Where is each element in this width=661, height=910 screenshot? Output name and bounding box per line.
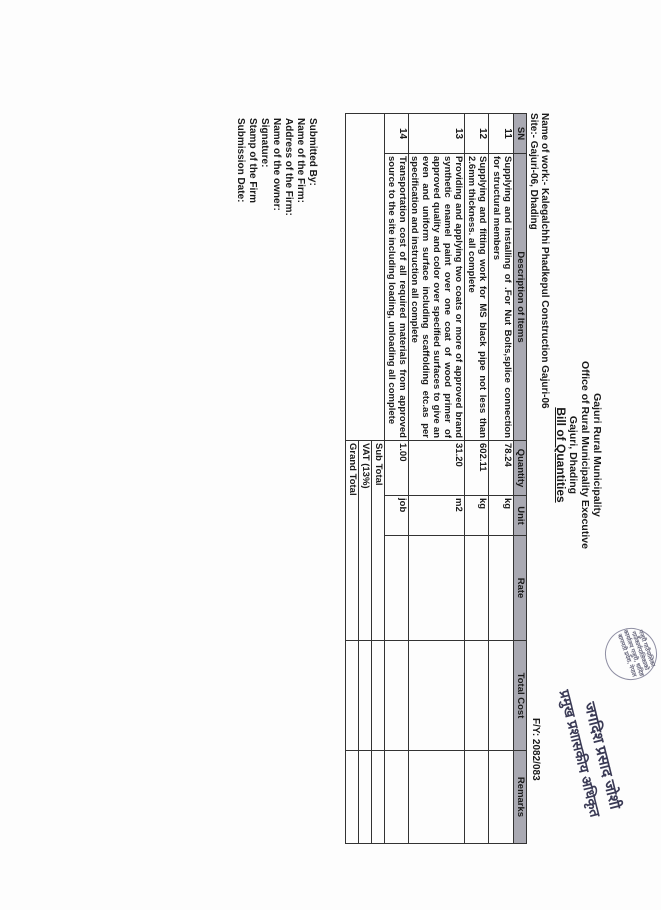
- table-row: 11 Supplying and installing of .For Nut …: [489, 114, 514, 844]
- cell-description: Supplying and installing of .For Nut Bol…: [489, 154, 514, 441]
- cell-sn: 12: [465, 114, 489, 154]
- cell-remarks[interactable]: [409, 751, 465, 844]
- subtotal-row: Sub Total: [372, 114, 385, 844]
- cell-remarks[interactable]: [489, 751, 514, 844]
- col-header-sn: SN: [514, 114, 527, 154]
- site: Site:- Gajuri-06, Dhading: [528, 113, 539, 230]
- summary-blank-cell: [346, 114, 385, 441]
- document-title: Bill of Quantities: [555, 0, 567, 910]
- cell-quantity: 78.24: [489, 441, 514, 496]
- cell-description: Supplying and fitting work for MS black …: [465, 154, 489, 441]
- cell-rate[interactable]: [385, 536, 409, 641]
- cell-quantity: 1.00: [385, 441, 409, 496]
- cell-quantity: 602.11: [465, 441, 489, 496]
- firm-name-label: Name of the Firm:: [294, 118, 306, 216]
- cell-total-cost[interactable]: [465, 641, 489, 751]
- cell-sn: 11: [489, 114, 514, 154]
- submission-date-label: Submission Date:: [234, 118, 246, 216]
- table-row: 13 Providing and applying two coats or m…: [409, 114, 465, 844]
- grand-total-value[interactable]: [346, 641, 359, 751]
- name-of-work: Name of work:- Kalegalchhi Phadkepul Con…: [539, 113, 550, 409]
- owner-name-label: Name of the owner:: [270, 118, 282, 216]
- table-row: 14 Transportation cost of all required m…: [385, 114, 409, 844]
- cell-total-cost[interactable]: [385, 641, 409, 751]
- fiscal-year: F/Y: 2082/083: [530, 718, 541, 781]
- table-row: 12 Supplying and fitting work for MS bla…: [465, 114, 489, 844]
- col-header-quantity: Quantity: [514, 441, 527, 496]
- bill-of-quantities-table: SN Description of Items Quantity Unit Ra…: [345, 113, 527, 844]
- subtotal-value[interactable]: [372, 641, 385, 751]
- col-header-rate: Rate: [514, 536, 527, 641]
- grand-total-remarks: [346, 751, 359, 844]
- cell-rate[interactable]: [489, 536, 514, 641]
- vat-remarks: [359, 751, 372, 844]
- cell-description: Transportation cost of all required mate…: [385, 154, 409, 441]
- cell-unit: kg: [489, 496, 514, 536]
- vat-label: VAT (13%): [359, 441, 372, 641]
- cell-unit: m2: [409, 496, 465, 536]
- submitted-by-label: Submitted By:: [306, 118, 318, 216]
- table-header-row: SN Description of Items Quantity Unit Ra…: [514, 114, 527, 844]
- document-page: Gajuri Rural Municipality Office of Rura…: [0, 0, 661, 910]
- signature-label: Signature:: [258, 118, 270, 216]
- cell-remarks[interactable]: [465, 751, 489, 844]
- cell-unit: kg: [465, 496, 489, 536]
- office-seal-stamp: गजुरी गाउँपालिका गाउँकार्यपालिकाको कार्य…: [598, 621, 661, 688]
- cell-rate[interactable]: [409, 536, 465, 641]
- cell-total-cost[interactable]: [489, 641, 514, 751]
- cell-quantity: 31.20: [409, 441, 465, 496]
- grand-total-label: Grand Total: [346, 441, 359, 641]
- subtotal-label: Sub Total: [372, 441, 385, 641]
- col-header-unit: Unit: [514, 496, 527, 536]
- col-header-total-cost: Total Cost: [514, 641, 527, 751]
- cell-remarks[interactable]: [385, 751, 409, 844]
- cell-unit: job: [385, 496, 409, 536]
- col-header-description: Description of Items: [514, 154, 527, 441]
- cell-sn: 14: [385, 114, 409, 154]
- col-header-remarks: Remarks: [514, 751, 527, 844]
- submission-block: Submitted By: Name of the Firm: Address …: [234, 118, 318, 216]
- firm-address-label: Address of the Firm:: [282, 118, 294, 216]
- cell-rate[interactable]: [465, 536, 489, 641]
- cell-sn: 13: [409, 114, 465, 154]
- subtotal-remarks: [372, 751, 385, 844]
- cell-description: Providing and applying two coats or more…: [409, 154, 465, 441]
- firm-stamp-label: Stamp of the Firm: [246, 118, 258, 216]
- vat-value[interactable]: [359, 641, 372, 751]
- cell-total-cost[interactable]: [409, 641, 465, 751]
